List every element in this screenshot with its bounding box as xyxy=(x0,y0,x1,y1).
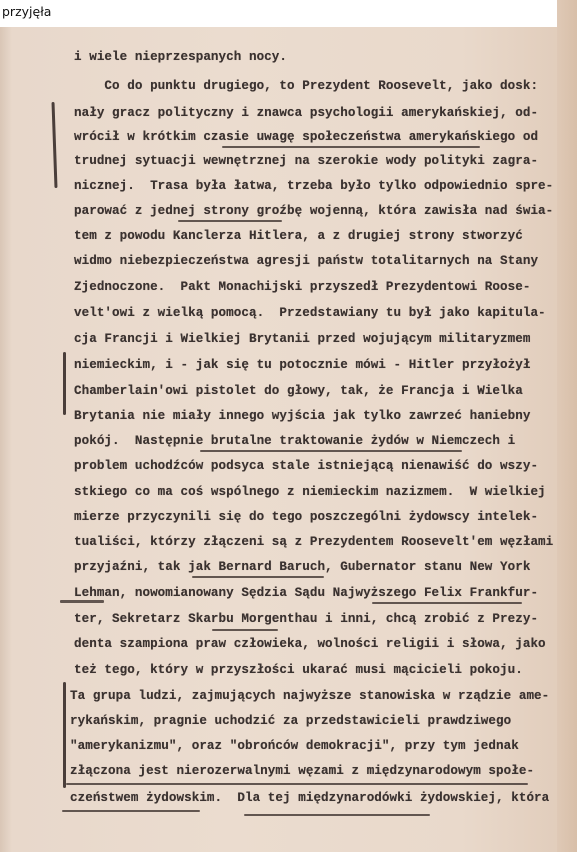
text-line: Brytania nie miały innego wyjścia jak ty… xyxy=(74,409,530,423)
text-line: problem uchodźców podsyca stale istnieją… xyxy=(74,459,538,473)
underline-mark xyxy=(178,220,282,222)
underline-mark xyxy=(60,600,104,603)
underline-mark xyxy=(222,146,480,148)
underline-mark xyxy=(200,450,462,452)
text-line: też tego, który w przyszłości ukarać mus… xyxy=(74,663,523,677)
text-line: Lehman, nowomianowany Sędzia Sądu Najwyż… xyxy=(74,586,538,600)
text-line: Chamberlain'owi pistolet do głowy, tak, … xyxy=(74,384,523,398)
text-line: tualiści, którzy złączeni są z Prezydent… xyxy=(74,535,553,549)
text-line: niemieckim, i - jak się tu potocznie mów… xyxy=(74,358,530,372)
underline-mark xyxy=(372,602,522,604)
text-line: złączona jest nierozerwalnymi węzami z m… xyxy=(70,764,534,778)
text-line: Co do punktu drugiego, to Prezydent Roos… xyxy=(74,79,538,93)
search-term: przyjęła xyxy=(2,4,51,19)
page-edge xyxy=(557,0,577,852)
margin-mark xyxy=(63,682,66,788)
text-line: nicznej. Trasa była łatwa, trzeba było t… xyxy=(74,179,553,193)
text-line: nały gracz polityczny i znawca psycholog… xyxy=(74,106,538,120)
text-line: pokój. Następnie brutalne traktowanie ży… xyxy=(74,434,515,448)
text-line: "amerykanizmu", oraz "obrońców demokracj… xyxy=(70,739,519,753)
text-line: stkiego co ma coś wspólnego z niemieckim… xyxy=(74,485,546,499)
text-line: trudnej sytuacji wewnętrznej na szerokie… xyxy=(74,154,538,168)
text-line: velt'owi z wielką pomocą. Przedstawiany … xyxy=(74,306,546,320)
underline-mark xyxy=(62,810,200,812)
text-line: Zjednoczone. Pakt Monachijski przyszedł … xyxy=(74,280,530,294)
text-line: ter, Sekretarz Skarbu Morgenthau i inni,… xyxy=(74,612,538,626)
text-line: wrócił w krótkim czasie uwagę społeczeńs… xyxy=(74,130,538,144)
text-line: Ta grupa ludzi, zajmujących najwyższe st… xyxy=(70,689,549,703)
margin-mark xyxy=(63,352,66,415)
underline-mark xyxy=(244,814,430,816)
underline-mark xyxy=(212,629,278,631)
text-line: cja Francji i Wielkiej Brytanii przed wo… xyxy=(74,332,530,346)
text-line: i wiele nieprzespanych nocy. xyxy=(74,50,287,64)
text-line: czeństwem żydowskim. Dla tej międzynarod… xyxy=(70,791,549,805)
text-line: tem z powodu Kanclerza Hitlera, a z drug… xyxy=(74,229,523,243)
text-line: parować z jednej strony groźbę wojenną, … xyxy=(74,204,553,218)
text-line: rykańskim, pragnie uchodzić za przedstaw… xyxy=(70,714,511,728)
text-line: mierze przyczynili się do tego poszczegó… xyxy=(74,510,538,524)
text-line: przyjaźni, tak jak Bernard Baruch, Guber… xyxy=(74,560,530,574)
underline-mark xyxy=(192,576,324,578)
text-line: widmo niebezpieczeństwa agresji państw t… xyxy=(74,254,538,268)
underline-mark xyxy=(66,783,528,785)
search-header: przyjęła xyxy=(0,0,557,27)
text-line: denta szampiona praw człowieka, wolności… xyxy=(74,637,546,651)
